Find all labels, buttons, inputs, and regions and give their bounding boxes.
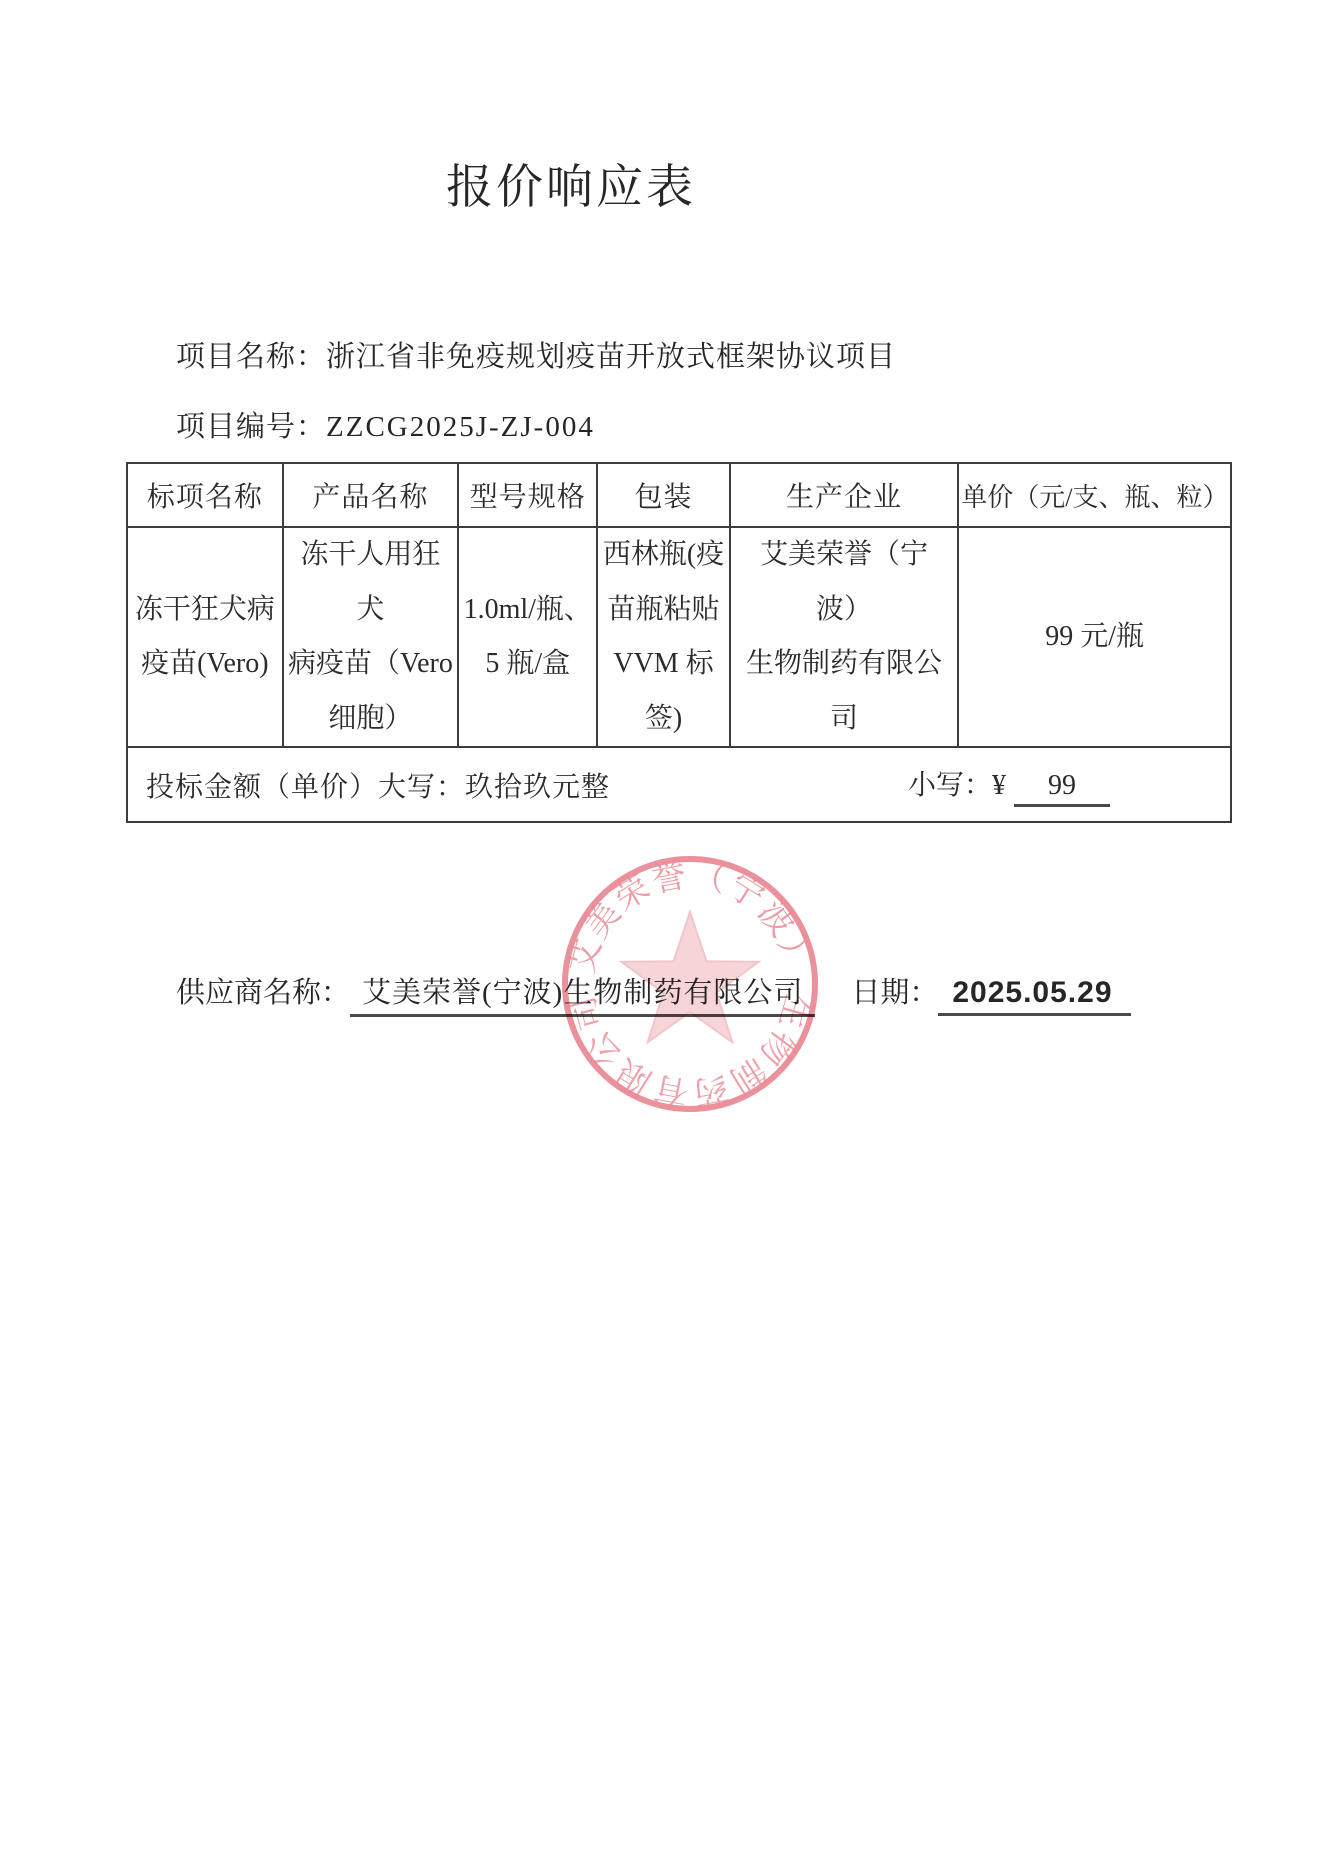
amount-small-text: 小写：¥ 99 [908, 763, 1110, 807]
project-name-label: 项目名称： [176, 341, 326, 373]
header-item-name: 标项名称 [127, 463, 283, 527]
amount-small-label: 小写：¥ [908, 763, 1006, 803]
project-code-label: 项目编号： [176, 411, 326, 443]
amount-capital-text: 投标金额（单价）大写：玖拾玖元整 [146, 765, 610, 805]
amount-small-value: 99 [1014, 770, 1110, 807]
page-title: 报价响应表 [0, 150, 1142, 217]
table-row: 冻干狂犬病 疫苗(Vero) 冻干人用狂犬 病疫苗（Vero 细胞） 1.0ml… [127, 527, 1231, 747]
supplier-label: 供应商名称： [176, 970, 350, 1011]
date-label: 日期： [851, 970, 938, 1011]
seal-arc-top-text: 艾美荣誉（宁波） [564, 856, 817, 978]
table-header-row: 标项名称 产品名称 型号规格 包装 生产企业 单价（元/支、瓶、粒） [127, 463, 1231, 527]
project-code-value: ZZCG2025J-ZJ-004 [326, 411, 595, 443]
cell-package: 西林瓶(疫 苗瓶粘贴 VVM 标签) [597, 527, 729, 747]
header-product-name: 产品名称 [283, 463, 459, 527]
amount-label: 投标金额（单价）大写： [146, 772, 465, 803]
amount-row: 投标金额（单价）大写：玖拾玖元整 小写：¥ 99 [127, 747, 1231, 822]
supplier-name: 艾美荣誉(宁波)生物制药有限公司 [350, 970, 815, 1017]
date-value: 2025.05.29 [938, 976, 1130, 1016]
header-manufacturer: 生产企业 [730, 463, 959, 527]
amount-capital-value: 玖拾玖元整 [465, 772, 610, 803]
header-unit-price: 单价（元/支、瓶、粒） [958, 463, 1231, 527]
header-package: 包装 [597, 463, 729, 527]
cell-unit-price: 99 元/瓶 [958, 527, 1231, 747]
project-code-line: 项目编号：ZZCG2025J-ZJ-004 [176, 404, 595, 445]
signature-line: 供应商名称： 艾美荣誉(宁波)生物制药有限公司 日期： 2025.05.29 [176, 970, 1131, 1017]
project-name-value: 浙江省非免疫规划疫苗开放式框架协议项目 [326, 341, 896, 373]
quotation-document: 报价响应表 项目名称：浙江省非免疫规划疫苗开放式框架协议项目 项目编号：ZZCG… [0, 0, 1323, 1870]
project-name-line: 项目名称：浙江省非免疫规划疫苗开放式框架协议项目 [176, 334, 896, 375]
quote-table: 标项名称 产品名称 型号规格 包装 生产企业 单价（元/支、瓶、粒） 冻干狂犬病… [126, 462, 1232, 823]
cell-product-name: 冻干人用狂犬 病疫苗（Vero 细胞） [283, 527, 459, 747]
cell-item-name: 冻干狂犬病 疫苗(Vero) [127, 527, 283, 747]
header-spec: 型号规格 [458, 463, 597, 527]
amount-line: 投标金额（单价）大写：玖拾玖元整 小写：¥ 99 [128, 763, 1230, 807]
cell-spec: 1.0ml/瓶、 5 瓶/盒 [458, 527, 597, 747]
cell-manufacturer: 艾美荣誉（宁波） 生物制药有限公司 [730, 527, 959, 747]
